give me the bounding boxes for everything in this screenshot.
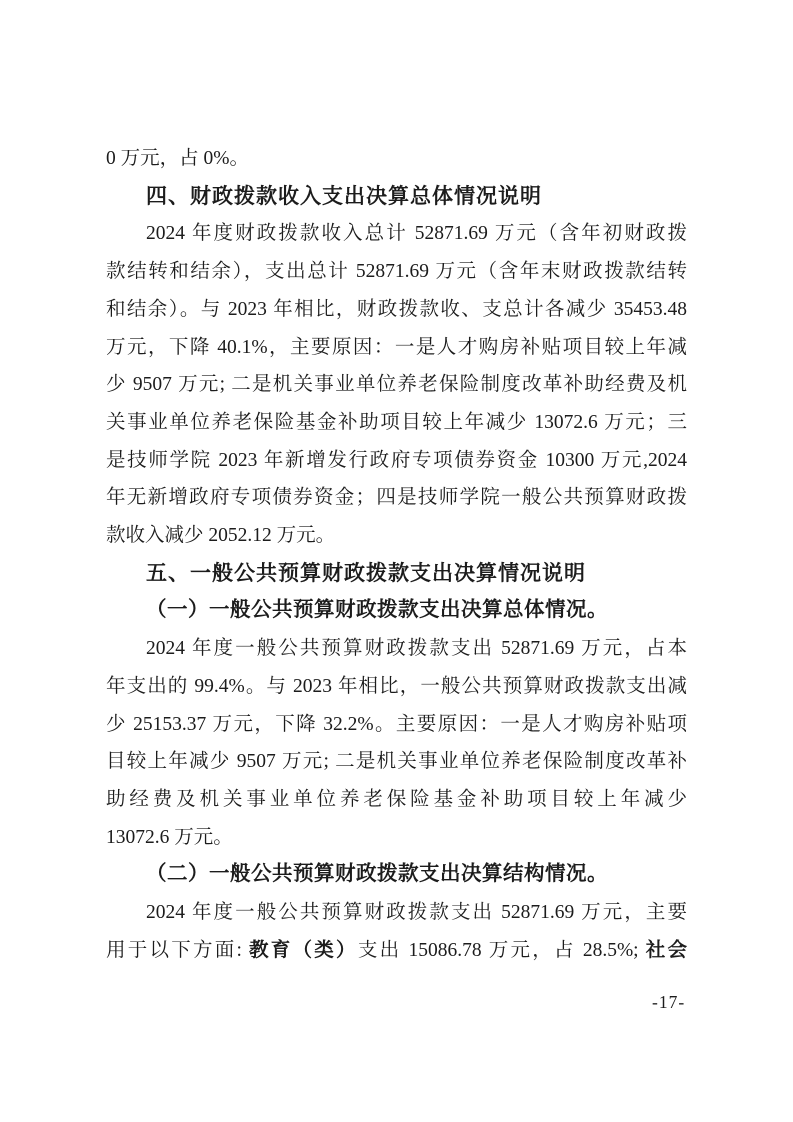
- text-line: 目较上年减少 9507 万元; 二是机关事业单位养老保险制度改革补: [106, 743, 687, 781]
- text-line: 13072.6 万元。: [106, 819, 687, 857]
- text-line: 2024 年度一般公共预算财政拨款支出 52871.69 万元，占本: [106, 630, 687, 668]
- text-line: 年支出的 99.4%。与 2023 年相比，一般公共预算财政拨款支出减: [106, 668, 687, 706]
- text-line: 0 万元，占 0%。: [106, 140, 687, 178]
- page-number: -17-: [652, 991, 685, 1013]
- text-line: 是技师学院 2023 年新增发行政府专项债券资金 10300 万元,2024: [106, 442, 687, 480]
- section-heading-5: 五、一般公共预算财政拨款支出决算情况说明: [106, 555, 687, 593]
- document-body: 0 万元，占 0%。 四、财政拨款收入支出决算总体情况说明 2024 年度财政拨…: [106, 140, 687, 969]
- text-segment-bold: 教育（类）: [249, 939, 358, 961]
- text-segment: 用于以下方面:: [106, 940, 249, 961]
- text-line: 2024 年度一般公共预算财政拨款支出 52871.69 万元，主要: [106, 894, 687, 932]
- text-line: 少 9507 万元; 二是机关事业单位养老保险制度改革补助经费及机: [106, 366, 687, 404]
- text-line: 年无新增政府专项债券资金；四是技师学院一般公共预算财政拨: [106, 479, 687, 517]
- subsection-heading-2: （二）一般公共预算财政拨款支出决算结构情况。: [106, 856, 687, 894]
- text-segment-bold: 社会: [646, 939, 687, 961]
- text-line: 款结转和结余），支出总计 52871.69 万元（含年末财政拨款结转: [106, 253, 687, 291]
- text-line: 和结余）。与 2023 年相比，财政拨款收、支总计各减少 35453.48: [106, 291, 687, 329]
- text-line: 少 25153.37 万元，下降 32.2%。主要原因：一是人才购房补贴项: [106, 706, 687, 744]
- text-line: 款收入减少 2052.12 万元。: [106, 517, 687, 555]
- text-line: 万元，下降 40.1%，主要原因：一是人才购房补贴项目较上年减: [106, 329, 687, 367]
- section-heading-4: 四、财政拨款收入支出决算总体情况说明: [106, 178, 687, 216]
- subsection-heading-1: （一）一般公共预算财政拨款支出决算总体情况。: [106, 592, 687, 630]
- text-line: 用于以下方面: 教育（类）支出 15086.78 万元，占 28.5%; 社会: [106, 932, 687, 970]
- document-page: 0 万元，占 0%。 四、财政拨款收入支出决算总体情况说明 2024 年度财政拨…: [0, 0, 793, 1122]
- text-segment: 支出 15086.78 万元，占 28.5%;: [358, 940, 646, 961]
- text-line: 2024 年度财政拨款收入总计 52871.69 万元（含年初财政拨: [106, 215, 687, 253]
- text-line: 助经费及机关事业单位养老保险基金补助项目较上年减少: [106, 781, 687, 819]
- text-line: 关事业单位养老保险基金补助项目较上年减少 13072.6 万元；三: [106, 404, 687, 442]
